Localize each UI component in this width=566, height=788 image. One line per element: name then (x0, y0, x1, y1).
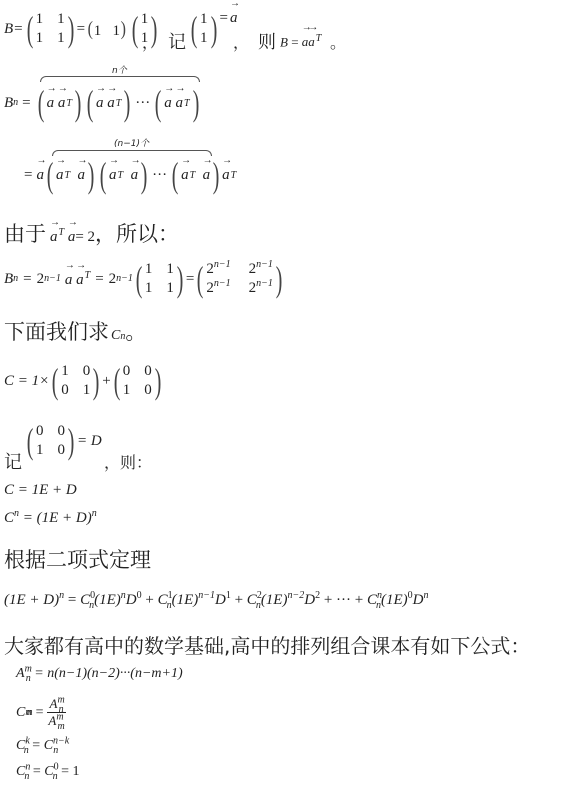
equation-C-sum: C = 1E + D (4, 482, 77, 499)
B-equals-aaT: B = aaT (280, 33, 321, 50)
heading-compute-Cn: 下面我们求 Cn 。 (4, 316, 146, 346)
label-ji: 记 (168, 28, 186, 54)
brace-label-n: n个 (112, 63, 127, 76)
since-clause: 由于 aT a = 2 ，所以： (4, 218, 179, 248)
var-B: B (4, 21, 13, 38)
label-ze: 则 (258, 28, 276, 54)
comma: ， (233, 30, 249, 53)
overbrace-n-minus-1 (52, 150, 212, 156)
formula-combination-symmetry: Ckn = Cn−kn (16, 738, 58, 754)
equation-B-definition: B = ( 11 11 ) = (1 1) ( 11 ) (4, 4, 160, 54)
equation-Bn-result: Bn = 2n−1 a aT = 2n−1 (1111) = ( 2n−1 2n… (4, 254, 285, 304)
formula-permutation: Amn = n(n−1)(n−2)···(n−m+1) (16, 666, 183, 682)
comma: ， (142, 30, 158, 53)
equation-binomial-expansion: (1E + D)n = C0n(1E)nD0 + C1n(1E)n−1D1 + … (4, 592, 428, 609)
matrix-B: ( 11 11 ) (24, 11, 77, 47)
vector-a-definition: (11) = a (188, 4, 237, 54)
vector-a: a (230, 10, 238, 27)
brace-label-n-minus-1: (n−1)个 (114, 136, 149, 149)
paragraph-combinatorics-intro: 大家都有高中的数学基础,高中的排列组合课本有如下公式： (4, 630, 530, 659)
equation-C-decomposition: C = 1× (1001) + (0010) (4, 358, 164, 404)
equals: = (77, 21, 85, 38)
formula-combination-ratio: Cmn = Amn Amm (16, 696, 66, 729)
equation-Cn: Cn = (1E + D)n (4, 510, 97, 527)
overbrace-n (40, 76, 200, 82)
formula-combination-identity: Cnn = C0n = 1 (16, 764, 80, 780)
label-ji: 记 (4, 448, 22, 474)
equals: = (14, 21, 22, 38)
equation-Bn-product: Bn = (a aT) (a aT) ··· (a aT) (4, 80, 202, 126)
period: 。 (330, 30, 346, 53)
D-definition: (0010) = D (24, 418, 102, 464)
then-clause: ，则： (104, 450, 152, 473)
heading-binomial-theorem: 根据二项式定理 (4, 544, 151, 574)
equation-Bn-regrouped: = a (aT a) (aT a) ··· (aT a) aT (24, 152, 236, 198)
row-vector: (1 1) (87, 19, 127, 40)
